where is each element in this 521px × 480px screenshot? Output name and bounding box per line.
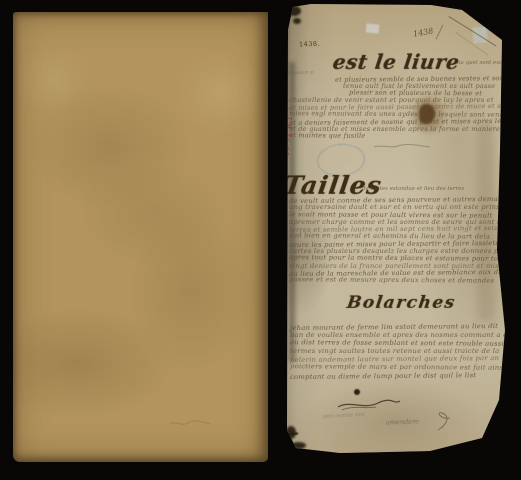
stamp-text: · · · · · bbox=[332, 161, 351, 167]
heading-est-le-livre: est le liure bbox=[331, 50, 461, 74]
manuscript-line: et maintes que fusille bbox=[289, 132, 507, 141]
heading-bolarches: Bolarches bbox=[346, 293, 458, 313]
ink-smudge bbox=[287, 6, 301, 16]
year-inscription-right: 1438 bbox=[412, 26, 434, 38]
paragraph-3: jehan mourant de ferme lim estoit demeur… bbox=[290, 323, 505, 380]
heading-2-continuation: de toutes estandue et lieu des terres bbox=[362, 186, 464, 192]
year-inscription-left: 1438. bbox=[299, 39, 320, 48]
pencil-mark bbox=[168, 417, 212, 429]
right-page: 1438. 1438 est le liure ou quel sont esc… bbox=[281, 2, 509, 458]
pen-flourish bbox=[436, 25, 444, 40]
repair-patch bbox=[366, 23, 380, 33]
faded-script-squiggle bbox=[372, 142, 432, 150]
heading-1-continuation: ou quel sont escript bbox=[457, 60, 512, 66]
ink-smudge bbox=[291, 442, 306, 449]
pen-flourish bbox=[434, 410, 454, 432]
manuscript-photo: 1438. 1438 est le liure ou quel sont esc… bbox=[0, 0, 521, 480]
ink-smudge bbox=[293, 18, 301, 24]
manuscript-line: passee et est de mesure apres deux chose… bbox=[289, 277, 507, 286]
flourish-underline bbox=[336, 396, 402, 412]
left-page bbox=[13, 12, 268, 462]
paragraph-2: de veult ault conme de ses sens pourveue… bbox=[289, 197, 507, 285]
ink-dot bbox=[354, 389, 360, 395]
bottom-note: amendere bbox=[386, 417, 419, 426]
archival-cote-red: 18.52 p.1 bbox=[282, 110, 297, 161]
faded-scribble: pon esmile des bbox=[323, 412, 365, 420]
paragraph-1: et plusieurs semble de ses buenes vestes… bbox=[289, 76, 507, 140]
manuscript-line: comptant au disme de lump pour le dist q… bbox=[290, 371, 505, 381]
